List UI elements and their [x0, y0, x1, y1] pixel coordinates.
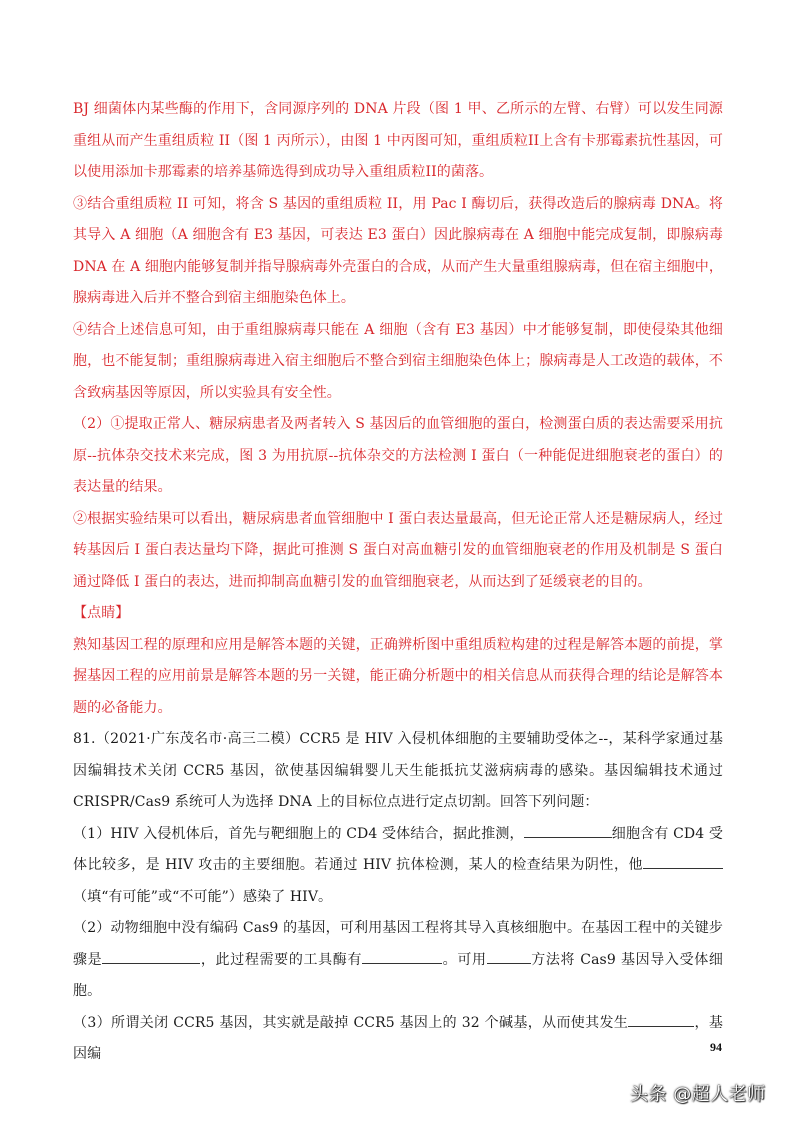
page-content: BJ 细菌体内某些酶的作用下，含同源序列的 DNA 片段（图 1 甲、乙所示的左…: [73, 94, 723, 1071]
fill-blank[interactable]: [628, 1012, 694, 1027]
question-part-1: （1）HIV 入侵机体后，首先与靶细胞上的 CD4 受体结合，据此推测，细胞含有…: [73, 819, 723, 914]
question-part-2: （2）动物细胞中没有编码 Cas9 的基因，可利用基因工程将其导入真核细胞中。在…: [73, 913, 723, 1008]
answer-paragraph: ④结合上述信息可知，由于重组腺病毒只能在 A 细胞（含有 E3 基因）中才能够复…: [73, 315, 723, 410]
part3-text-a: （3）所谓关闭 CCR5 基因，其实就是敲掉 CCR5 基因上的 32 个碱基，…: [73, 1015, 628, 1031]
part1-text-c: （填“有可能”或“不可能”）感染了 HIV。: [73, 889, 332, 905]
answer-paragraph: ②根据实验结果可以看出，糖尿病患者血管细胞中 I 蛋白表达量最高，但无论正常人还…: [73, 504, 723, 599]
part2-text-c: 。可用: [442, 952, 487, 968]
fill-blank[interactable]: [362, 949, 442, 964]
fill-blank[interactable]: [487, 949, 531, 964]
answer-paragraph: ③结合重组质粒 II 可知，将含 S 基因的重组质粒 II，用 Pac I 酶切…: [73, 189, 723, 315]
question-stem: 81.（2021·广东茂名市·高三二模）CCR5 是 HIV 入侵机体细胞的主要…: [73, 724, 723, 819]
fill-blank[interactable]: [524, 823, 612, 838]
comment-heading: 【点睛】: [73, 598, 723, 630]
part1-text-a: （1）HIV 入侵机体后，首先与靶细胞上的 CD4 受体结合，据此推测，: [73, 826, 524, 842]
part2-text-b: ，此过程需要的工具酶有: [200, 952, 362, 968]
watermark: 头条 @超人老师: [630, 1080, 766, 1106]
fill-blank[interactable]: [643, 854, 723, 869]
page-number: 94: [710, 1040, 722, 1055]
answer-paragraph: BJ 细菌体内某些酶的作用下，含同源序列的 DNA 片段（图 1 甲、乙所示的左…: [73, 94, 723, 189]
document-page: BJ 细菌体内某些酶的作用下，含同源序列的 DNA 片段（图 1 甲、乙所示的左…: [0, 0, 794, 1123]
question-part-3: （3）所谓关闭 CCR5 基因，其实就是敲掉 CCR5 基因上的 32 个碱基，…: [73, 1008, 723, 1071]
comment-text: 熟知基因工程的原理和应用是解答本题的关键，正确辨析图中重组质粒构建的过程是解答本…: [73, 630, 723, 725]
fill-blank[interactable]: [102, 949, 200, 964]
answer-paragraph: （2）①提取正常人、糖尿病患者及两者转入 S 基因后的血管细胞的蛋白，检测蛋白质…: [73, 409, 723, 504]
